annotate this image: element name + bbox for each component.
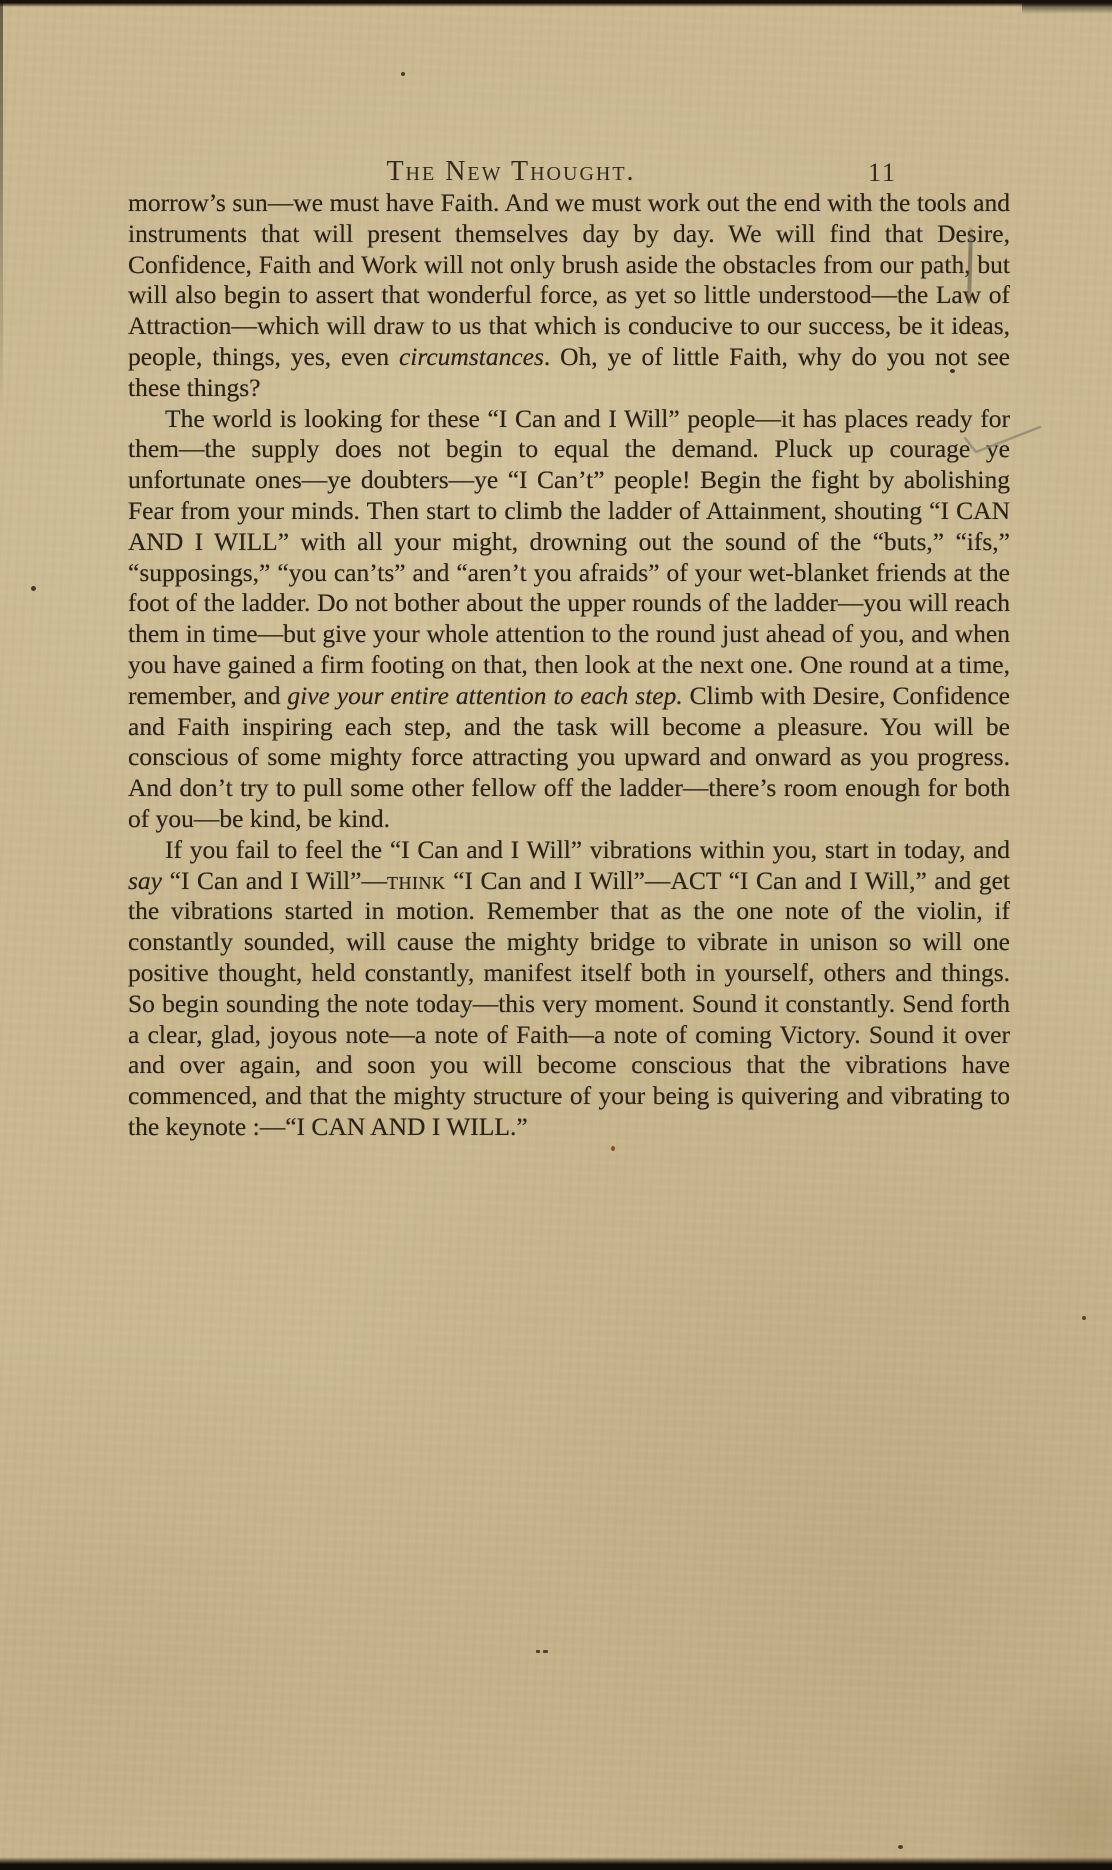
text-segment-italic: circumstances	[399, 342, 544, 371]
pencil-check-mark	[960, 424, 1048, 458]
ink-speck	[611, 1146, 615, 1151]
paper-stain	[962, 1680, 1112, 1870]
scan-edge-bottom	[0, 1857, 1112, 1870]
ink-speck	[898, 1845, 903, 1849]
scan-edge-left	[0, 0, 3, 420]
text-segment: The world is looking for these “I Can an…	[128, 404, 1010, 710]
paragraph: If you fail to feel the “I Can and I Wil…	[128, 835, 1010, 1143]
ink-speck	[401, 72, 405, 76]
ink-speck	[536, 1650, 540, 1653]
paragraph: The world is looking for these “I Can an…	[128, 404, 1010, 835]
running-head-title: The New Thought.	[340, 156, 682, 188]
text-segment: “I Can and I Will”—ACT “I Can and I Will…	[128, 866, 1010, 1141]
scanned-book-page: The New Thought. 11 morrow’s sun—we must…	[0, 0, 1112, 1870]
scan-edge-top	[0, 0, 1112, 7]
text-segment-italic: say	[128, 866, 162, 895]
text-segment-smallcaps: think	[387, 866, 446, 895]
scan-edge-top-right	[1022, 0, 1112, 14]
ink-speck	[31, 586, 36, 591]
text-segment: If you fail to feel the “I Can and I Wil…	[165, 835, 1010, 864]
ink-speck	[543, 1650, 548, 1653]
text-segment-italic: give your entire attention to each step.	[287, 681, 682, 710]
body-text: morrow’s sun—we must have Faith. And we …	[128, 188, 1010, 1143]
ink-speck	[1082, 1316, 1086, 1320]
paragraph: morrow’s sun—we must have Faith. And we …	[128, 188, 1010, 404]
text-segment: “I Can and I Will”—	[162, 866, 387, 895]
ink-speck	[950, 369, 955, 373]
page-number: 11	[868, 158, 897, 188]
